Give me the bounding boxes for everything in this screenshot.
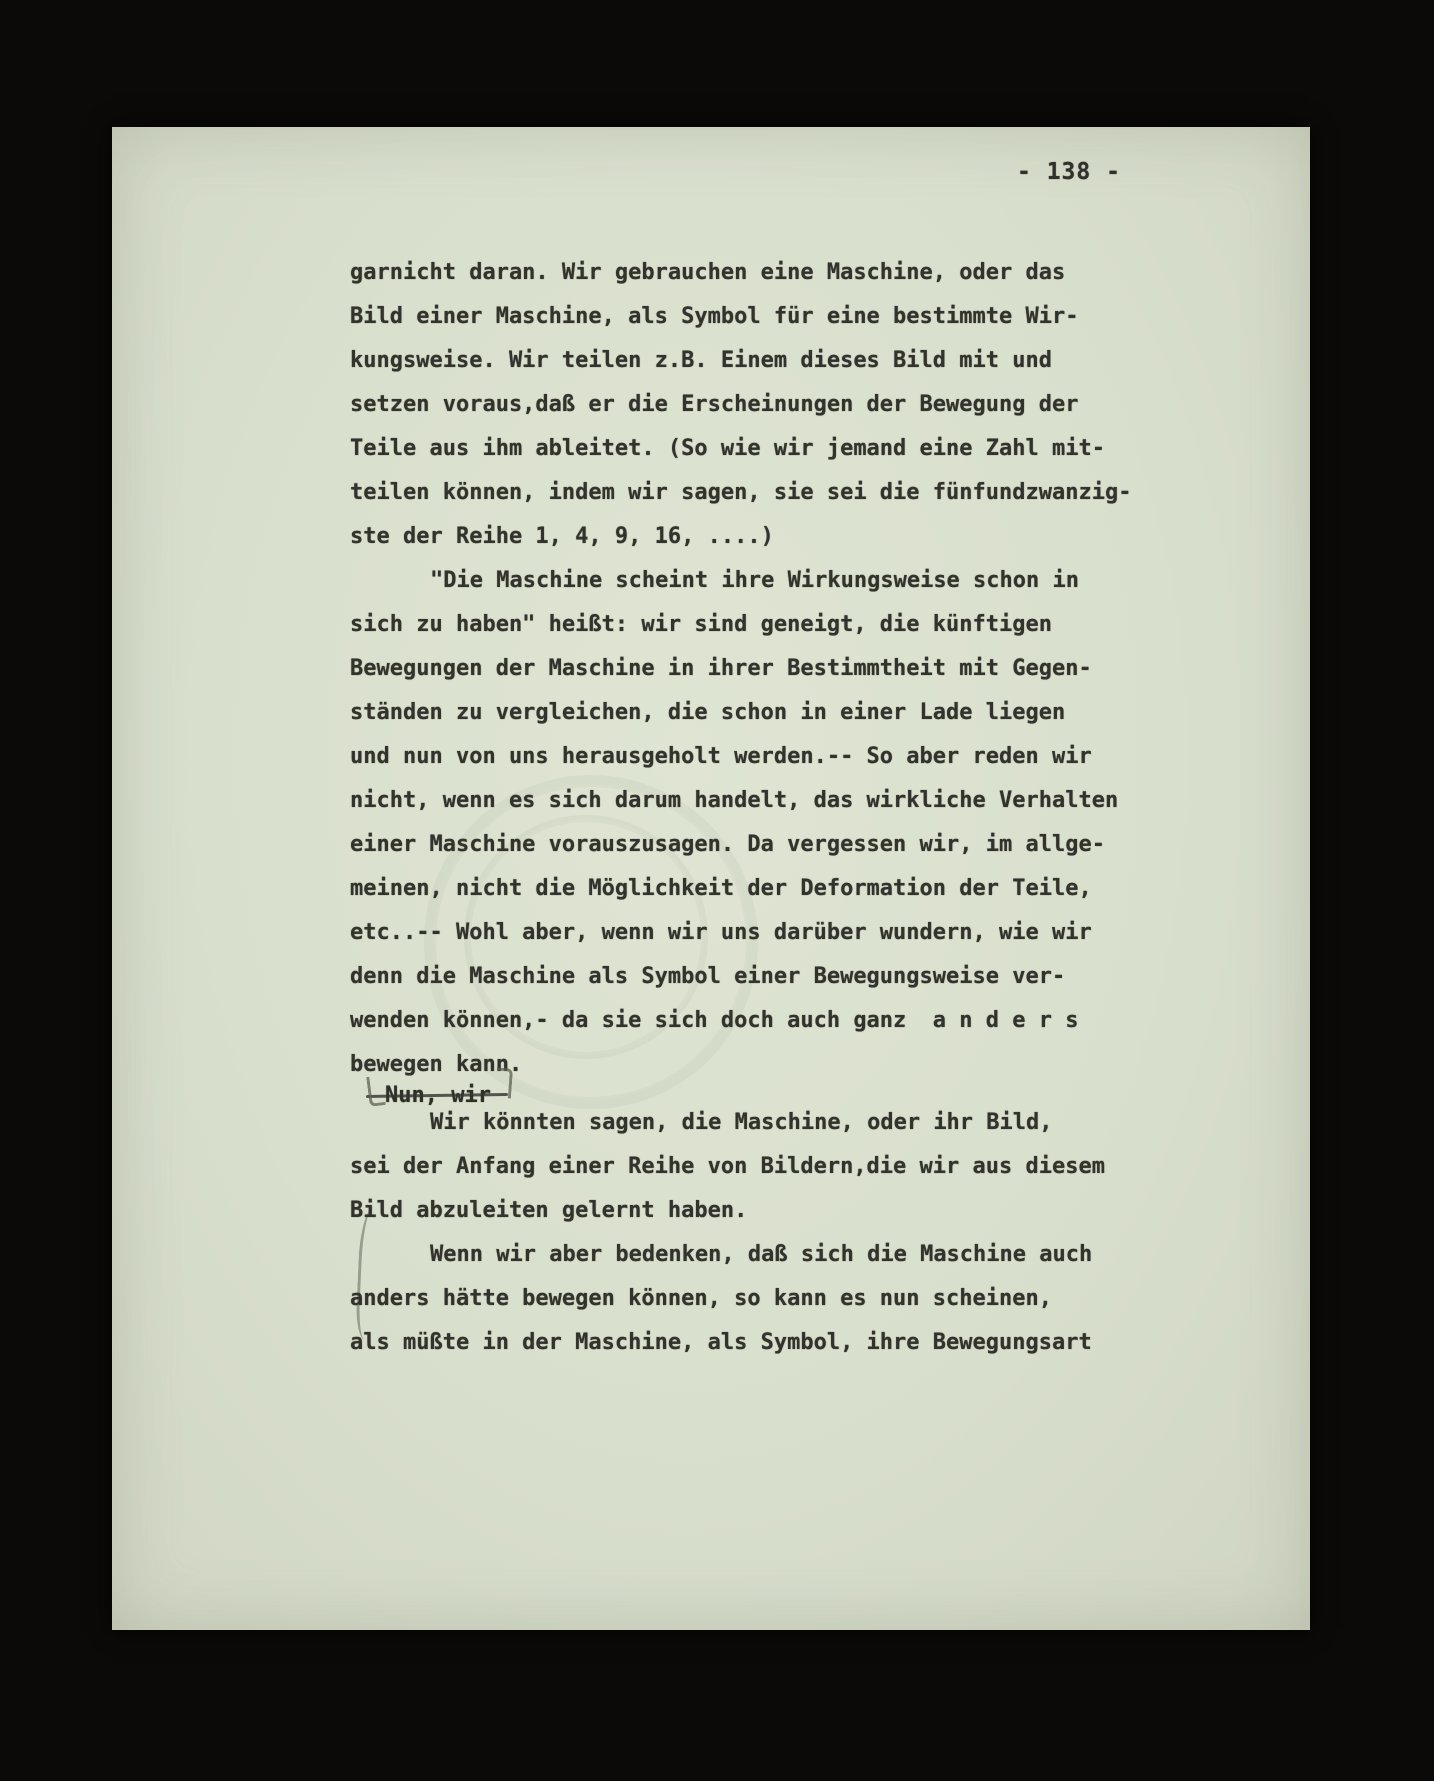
page-number: - 138 - [1017, 159, 1121, 185]
pencil-bracket-right [495, 1067, 513, 1098]
text-line: etc..-- Wohl aber, wenn wir uns darüber … [350, 918, 1092, 948]
text-line: Bild abzuleiten gelernt haben. [350, 1196, 747, 1226]
text-line: anders hätte bewegen können, so kann es … [350, 1284, 1052, 1314]
text-line: sich zu haben" heißt: wir sind geneigt, … [350, 610, 1052, 640]
text-line: ste der Reihe 1, 4, 9, 16, ....) [350, 522, 774, 552]
text-line: teilen können, indem wir sagen, sie sei … [350, 478, 1131, 508]
text-line: setzen voraus,daß er die Erscheinungen d… [350, 390, 1078, 420]
margin-pencil-mark [355, 1207, 374, 1339]
text-line: wenden können,- da sie sich doch auch ga… [350, 1006, 1078, 1036]
text-line: garnicht daran. Wir gebrauchen eine Masc… [350, 258, 1065, 288]
scan-background: { "document": { "page_number": "- 138 -"… [0, 0, 1434, 1781]
text-line: kungsweise. Wir teilen z.B. Einem dieses… [350, 346, 1052, 376]
text-line-paragraph-start: "Die Maschine scheint ihre Wirkungsweise… [430, 566, 1079, 596]
text-line-paragraph-start: Wir könnten sagen, die Maschine, oder ih… [430, 1108, 1053, 1138]
text-line: denn die Maschine als Symbol einer Beweg… [350, 962, 1065, 992]
text-line: sei der Anfang einer Reihe von Bildern,d… [350, 1152, 1105, 1182]
text-line: Bewegungen der Maschine in ihrer Bestimm… [350, 654, 1092, 684]
document-page: - 138 - garnicht daran. Wir gebrauchen e… [112, 127, 1310, 1630]
text-line: einer Maschine vorauszusagen. Da vergess… [350, 830, 1105, 860]
text-line: nicht, wenn es sich darum handelt, das w… [350, 786, 1118, 816]
text-line: und nun von uns herausgeholt werden.-- S… [350, 742, 1092, 772]
text-line-paragraph-start: Wenn wir aber bedenken, daß sich die Mas… [430, 1240, 1092, 1270]
text-line: Teile aus ihm ableitet. (So wie wir jema… [350, 434, 1105, 464]
text-line: als müßte in der Maschine, als Symbol, i… [350, 1328, 1092, 1358]
text-line: ständen zu vergleichen, die schon in ein… [350, 698, 1065, 728]
text-line: Bild einer Maschine, als Symbol für eine… [350, 302, 1078, 332]
text-line: meinen, nicht die Möglichkeit der Deform… [350, 874, 1092, 904]
scanner-bed: - 138 - garnicht daran. Wir gebrauchen e… [0, 0, 1434, 1781]
